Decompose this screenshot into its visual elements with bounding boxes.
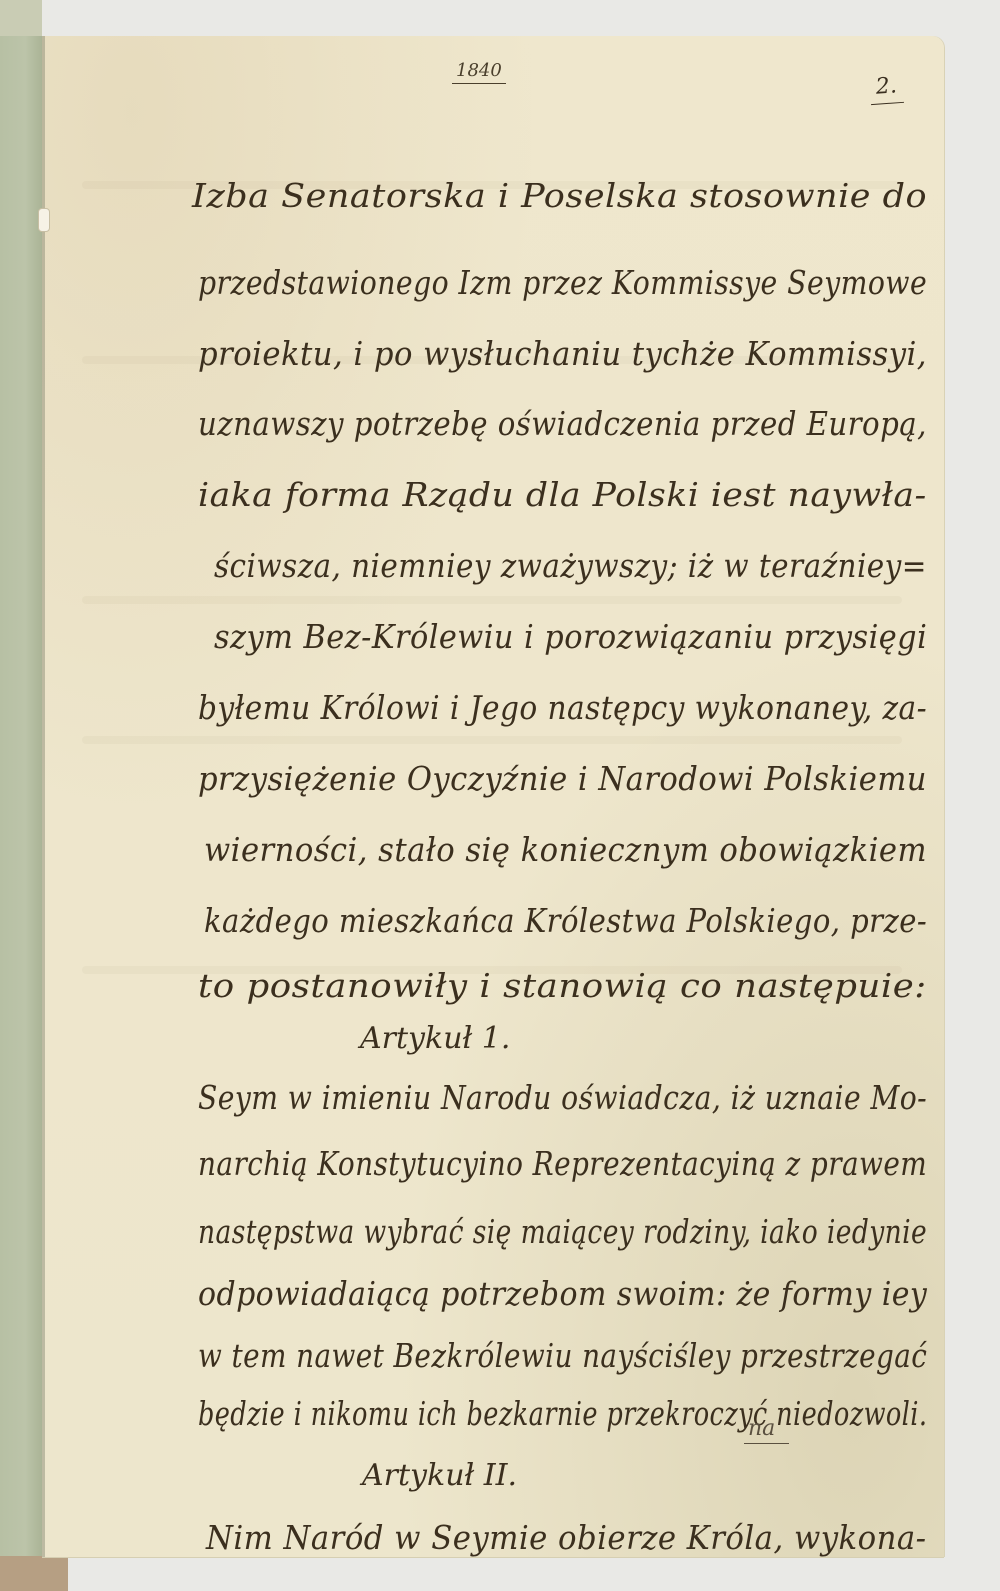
preamble-line: byłemu Królowi i Jego następcy wykonaney… [198, 688, 927, 727]
preamble-line: uznawszy potrzebę oświadczenia przed Eur… [198, 404, 927, 443]
preamble-line: ściwsza, niemniey zważywszy; iż w teraźn… [214, 546, 927, 585]
preamble-line: proiektu, i po wysłuchaniu tychże Kommis… [198, 334, 927, 373]
article-2-heading: Artykuł II. [362, 1458, 517, 1493]
backing-board-top [0, 0, 42, 36]
preamble-line: iaka forma Rządu dla Polski iest naywła- [198, 475, 927, 514]
folio-number: 2. [869, 73, 904, 105]
article-1-line: Seym w imieniu Narodu oświadcza, iż uzna… [198, 1078, 927, 1117]
article-1-line: odpowiadaiącą potrzebom swoim: że formy … [198, 1274, 927, 1313]
green-backing-strip [0, 36, 42, 1556]
preamble-line: Izba Senatorska i Poselska stosownie do [192, 176, 927, 215]
year-annotation: 1840 [452, 60, 506, 84]
paper-tear [38, 208, 50, 232]
bleed-through-mark [82, 736, 902, 744]
preamble-line: przysiężenie Oyczyźnie i Narodowi Polski… [198, 759, 927, 798]
article-1-line: następstwa wybrać się maiącey rodziny, i… [198, 1212, 927, 1251]
bleed-through-mark [82, 596, 902, 604]
preamble-line: szym Bez-Królewiu i porozwiązaniu przysi… [214, 617, 927, 656]
preamble-line: to postanowiły i stanowią co następuie: [198, 966, 927, 1005]
article-1-heading: Artykuł 1. [360, 1021, 510, 1056]
backing-board-bottom [0, 1556, 68, 1591]
catchword: na [744, 1416, 789, 1444]
article-1-line: w tem nawet Bezkrólewiu nayściśley przes… [198, 1336, 927, 1375]
preamble-line: przedstawionego Izm przez Kommissye Seym… [198, 263, 927, 302]
article-2-line: Nim Naród w Seymie obierze Króla, wykona… [206, 1518, 927, 1557]
article-1-line: będzie i nikomu ich bezkarnie przekroczy… [198, 1394, 927, 1433]
preamble-line: każdego mieszkańca Królestwa Polskiego, … [204, 901, 927, 940]
manuscript-page: 1840 2. Izba Senatorska i Poselska stoso… [42, 36, 944, 1557]
preamble-line: wierności, stało się koniecznym obowiązk… [204, 830, 927, 869]
article-1-line: narchią Konstytucyino Reprezentacyiną z … [198, 1144, 927, 1183]
